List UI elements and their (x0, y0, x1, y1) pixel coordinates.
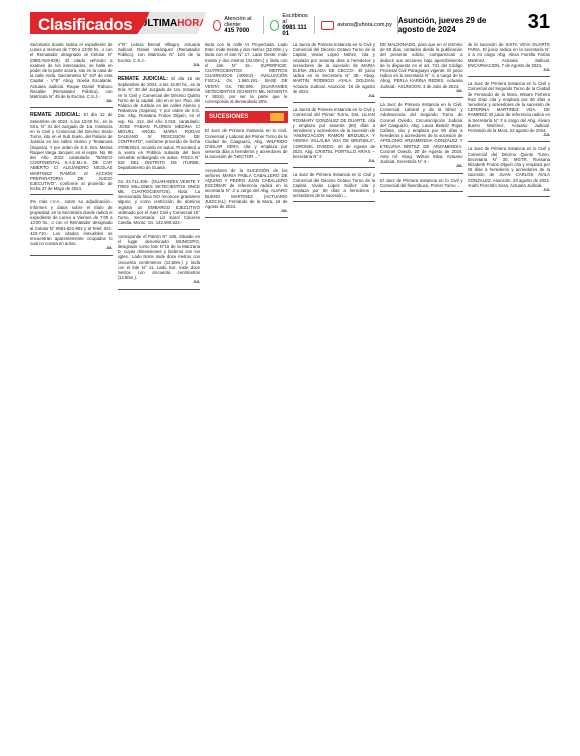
notice: La Juez de Primera Instancia en lo Civil… (380, 100, 463, 174)
mail-icon (321, 21, 334, 30)
notice-body: Secretaría donde radica el expediente de… (30, 42, 113, 99)
contact-label: Escribinos al (282, 13, 307, 25)
contact-value: avisos@uhora.com.py (337, 22, 392, 28)
notice-code: JUL (293, 159, 376, 164)
notice-code: JUL (30, 99, 113, 104)
column-6: de la sucesión de SIXTA VEVA DUARTE FARI… (468, 40, 551, 745)
notice: DE MALDONADO, para que en el término de … (380, 40, 463, 98)
notice: V°B° Leticia Bernal Villagra, Actuaria J… (118, 40, 201, 72)
page-number: 31 (528, 11, 550, 34)
notice-body: DE MALDONADO, para que en el término de … (380, 42, 463, 89)
column-1: Secretaría donde radica el expediente de… (30, 40, 113, 745)
notice-body: La Jueza de Primera Instancia en lo Civi… (293, 42, 376, 94)
notice: La Jueza de Primera Instancia en lo Civi… (293, 105, 376, 168)
notice-body: Gs. 23.711.400.- (GUARANÍES VEINTE Y TRE… (118, 179, 201, 226)
notice-code: JUL (468, 188, 551, 193)
notice-body: El Juez de Primera Instancia en lo Civil… (380, 178, 463, 188)
notice-body: La Jueza de Primera Instancia en lo Civi… (293, 107, 376, 159)
column-4: La Jueza de Primera Instancia en lo Civi… (293, 40, 376, 745)
notice-body: La Juez de Primera Instancia en lo Civil… (468, 81, 551, 133)
notice: La Juez de Primera Instancia en lo Civil… (468, 144, 551, 197)
notice-code: JUL (30, 246, 113, 251)
issue-date: Asunción, jueves 29 de agosto de 2024 (398, 16, 510, 34)
notice-body: El día 16 de Septiembre de 2024, a las 1… (118, 76, 201, 170)
contact-whatsapp: Escribinos al0981 111 01 (270, 16, 315, 34)
notice-code: JUL (380, 89, 463, 94)
contact-label: Atención al cliente: (224, 16, 251, 28)
notice-body: 2% más I.V.A., sobre su adjudicación.- I… (30, 199, 113, 246)
notice: REMATE JUDICIAL: El día 12 de Setiembre … (30, 110, 113, 195)
notice-body: Acreedores de la SUCESIÓN de los señores… (205, 168, 288, 209)
notice-heading: REMATE JUDICIAL: (30, 112, 84, 118)
section-label: SUCESIONES (209, 115, 248, 120)
section-title: Clasificados (30, 12, 152, 34)
notice: corresponde el Patrón N° 185, Situado en… (118, 232, 201, 290)
notice: La Juez de Primera Instancia en lo Civil… (468, 79, 551, 142)
column-5: DE MALDONADO, para que en el término de … (380, 40, 463, 745)
notice-body: de la sucesión de SIXTA VEVA DUARTE FARI… (468, 42, 551, 68)
notice: linda con la calle VI Proyectada. Lado E… (205, 40, 288, 108)
notice: de la sucesión de SIXTA VEVA DUARTE FARI… (468, 40, 551, 77)
notice-body: El día 12 de Setiembre de 2024, a las 15… (30, 112, 113, 191)
notice: La Juez de Primera Instancia en lo Civil… (293, 170, 376, 202)
notice-body: El Juez de Primera Instancia en lo Civil… (205, 128, 288, 159)
notice-body: La Juez de Primera Instancia en lo Civil… (380, 102, 463, 164)
notice-code: JUL (468, 68, 551, 73)
notice: Gs. 23.711.400.- (GUARANÍES VEINTE Y TRE… (118, 177, 201, 230)
phone-icon (213, 20, 222, 31)
section-header: SUCESIONES (205, 111, 288, 123)
notice: 2% más I.V.A., sobre su adjudicación.- I… (30, 197, 113, 255)
page-header: Clasificados ULTIMAHORA Atención al clie… (0, 0, 580, 40)
contact-value: 0981 111 01 (282, 25, 309, 37)
column-2: V°B° Leticia Bernal Villagra, Actuaria J… (118, 40, 201, 745)
notice-body: La Juez de Primera Instancia en lo Civil… (468, 146, 551, 187)
notice: Secretaría donde radica el expediente de… (30, 40, 113, 108)
family-tree-icon (270, 113, 284, 121)
notice-body: V°B° Leticia Bernal Villagra, Actuaria J… (118, 42, 201, 63)
brand-logo: ULTIMAHORA (140, 12, 206, 34)
notice: El Juez de Primera Instancia en lo Civil… (380, 176, 463, 192)
notice-code: JUL (293, 94, 376, 99)
contact-value: 415 7000 (224, 28, 258, 34)
contact-phone: Atención al cliente:415 7000 (213, 16, 264, 34)
notice: La Jueza de Primera Instancia en lo Civi… (293, 40, 376, 103)
notice-code: JUL (118, 280, 201, 285)
whatsapp-icon (270, 20, 279, 31)
notice-body: linda con la calle VI Proyectada. Lado E… (205, 42, 288, 104)
notice-code: JUL (118, 63, 201, 68)
notice-body: La Juez de Primera Instancia en lo Civil… (293, 172, 376, 198)
notice-code: JUL (205, 209, 288, 214)
brand-second: HORA (177, 18, 206, 29)
notice-code: JUL (380, 164, 463, 169)
notice: REMATE JUDICIAL: El día 16 de Septiembre… (118, 74, 201, 175)
notice-code: JUL (468, 133, 551, 138)
classifieds-columns: Secretaría donde radica el expediente de… (0, 40, 580, 745)
contact-email: avisos@uhora.com.py (321, 16, 398, 34)
notice: Acreedores de la SUCESIÓN de los señores… (205, 166, 288, 219)
notice: El Juez de Primera Instancia en lo Civil… (205, 126, 288, 163)
notice-heading: REMATE JUDICIAL: (118, 76, 172, 82)
column-3: linda con la calle VI Proyectada. Lado E… (205, 40, 288, 745)
notice-body: corresponde el Patrón N° 185, Situado en… (118, 234, 201, 281)
